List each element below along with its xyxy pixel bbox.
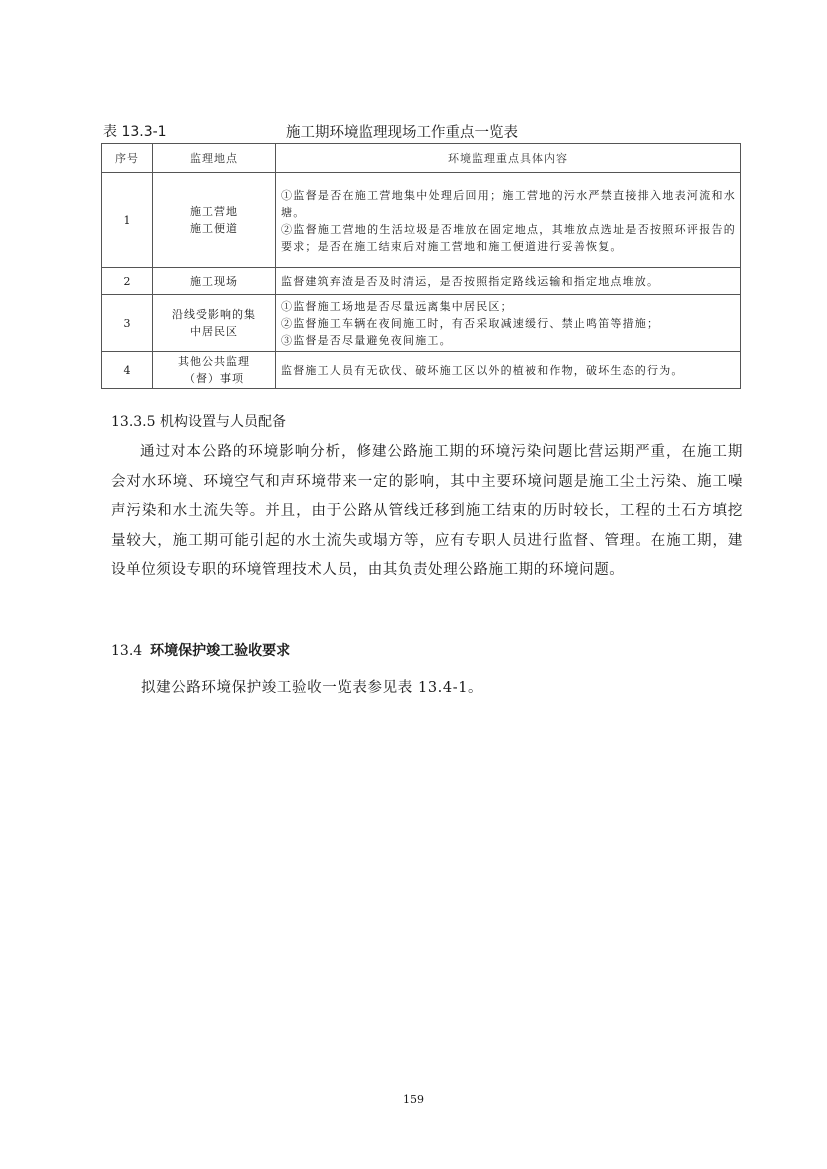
table-number: 表 13.3-1 — [103, 121, 167, 141]
table-title: 施工期环境监理现场工作重点一览表 — [286, 121, 518, 142]
row-no: 2 — [102, 268, 153, 295]
row-content: 监督施工人员有无砍伐、破坏施工区以外的植被和作物，破坏生态的行为。 — [276, 352, 741, 389]
row-location: 沿线受影响的集 中居民区 — [153, 295, 276, 352]
content-line: 监督建筑弃渣是否及时清运，是否按照指定路线运输和指定地点堆放。 — [281, 273, 736, 290]
content-line: 监督施工人员有无砍伐、破坏施工区以外的植被和作物，破坏生态的行为。 — [281, 362, 736, 379]
row-location: 其他公共监理 （督）事项 — [153, 352, 276, 389]
row-content: ①监督是否在施工营地集中处理后回用；施工营地的污水严禁直接排入地表河流和水塘。 … — [276, 173, 741, 268]
row-no: 3 — [102, 295, 153, 352]
row-location: 施工营地 施工便道 — [153, 173, 276, 268]
content-line: ②监督施工车辆在夜间施工时，有否采取减速缓行、禁止鸣笛等措施； — [281, 315, 736, 332]
location-line: 施工便道 — [154, 220, 274, 237]
header-content: 环境监理重点具体内容 — [276, 144, 741, 173]
location-line: （督）事项 — [154, 370, 274, 387]
content-line: ②监督施工营地的生活垃圾是否堆放在固定地点，其堆放点选址是否按照环评报告的要求；… — [281, 221, 736, 255]
table-row: 2 施工现场 监督建筑弃渣是否及时清运，是否按照指定路线运输和指定地点堆放。 — [102, 268, 741, 295]
row-location: 施工现场 — [153, 268, 276, 295]
section-heading-13-4: 13.4环境保护竣工验收要求 — [111, 640, 290, 660]
row-content: ①监督施工场地是否尽量远离集中居民区； ②监督施工车辆在夜间施工时，有否采取减速… — [276, 295, 741, 352]
location-line: 沿线受影响的集 — [154, 306, 274, 323]
table-row: 3 沿线受影响的集 中居民区 ①监督施工场地是否尽量远离集中居民区； ②监督施工… — [102, 295, 741, 352]
content-line: ③监督是否尽量避免夜间施工。 — [281, 332, 736, 349]
location-line: 施工营地 — [154, 203, 274, 220]
location-line: 施工现场 — [154, 273, 274, 290]
table-caption: 表 13.3-1 施工期环境监理现场工作重点一览表 — [103, 121, 743, 143]
content-line: ①监督是否在施工营地集中处理后回用；施工营地的污水严禁直接排入地表河流和水塘。 — [281, 187, 736, 221]
row-no: 1 — [102, 173, 153, 268]
page-number: 159 — [0, 1093, 827, 1106]
location-line: 其他公共监理 — [154, 353, 274, 370]
table-row: 4 其他公共监理 （督）事项 监督施工人员有无砍伐、破坏施工区以外的植被和作物，… — [102, 352, 741, 389]
section-title: 环境保护竣工验收要求 — [150, 643, 290, 659]
table-row: 1 施工营地 施工便道 ①监督是否在施工营地集中处理后回用；施工营地的污水严禁直… — [102, 173, 741, 268]
section-paragraph: 通过对本公路的环境影响分析，修建公路施工期的环境污染问题比营运期严重，在施工期会… — [111, 438, 743, 586]
header-no: 序号 — [102, 144, 153, 173]
paragraph-text: 通过对本公路的环境影响分析，修建公路施工期的环境污染问题比营运期严重，在施工期会… — [111, 438, 743, 586]
row-no: 4 — [102, 352, 153, 389]
location-line: 中居民区 — [154, 323, 274, 340]
content-line: ①监督施工场地是否尽量远离集中居民区； — [281, 298, 736, 315]
reference-paragraph: 拟建公路环境保护竣工验收一览表参见表 13.4-1。 — [141, 676, 483, 697]
supervision-table: 序号 监理地点 环境监理重点具体内容 1 施工营地 施工便道 ①监督是否在施工营… — [101, 143, 741, 389]
table-header-row: 序号 监理地点 环境监理重点具体内容 — [102, 144, 741, 173]
section-number: 13.4 — [111, 643, 142, 659]
section-heading-13-3-5: 13.3.5 机构设置与人员配备 — [111, 411, 286, 431]
row-content: 监督建筑弃渣是否及时清运，是否按照指定路线运输和指定地点堆放。 — [276, 268, 741, 295]
header-location: 监理地点 — [153, 144, 276, 173]
